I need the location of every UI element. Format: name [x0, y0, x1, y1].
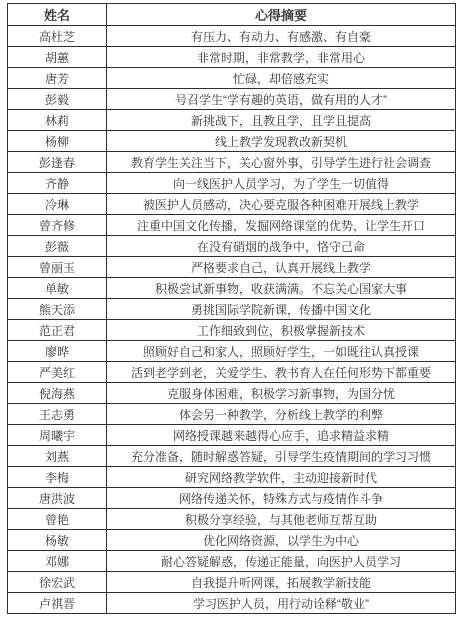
teacher-name: 彭逢春: [8, 152, 107, 173]
summary-column-header: 心得摘要: [107, 4, 456, 26]
table-row: 廖晔 照顾好自己和家人，照顾好学生，一如既往认真授课: [8, 341, 456, 362]
summary-text: 被医护人员感动，决心要克服各种困难开展线上教学: [107, 194, 456, 215]
teacher-name: 胡蕙: [8, 47, 107, 68]
teacher-name: 林莉: [8, 110, 107, 131]
teacher-name: 范正君: [8, 320, 107, 341]
summary-text: 忙碌，却倍感充实: [107, 68, 456, 89]
reflection-summary-table: 姓名 心得摘要 高杜芝 有压力、有动力、有感激、有自豪 胡蕙 非常时期，非常教学…: [7, 3, 456, 614]
table-row: 曾丽玉 严格要求自己，认真开展线上教学: [8, 257, 456, 278]
table-row: 曾齐修 注重中国文化传播，发掘网络课堂的优势，让学生开口: [8, 215, 456, 236]
summary-text: 线上教学发现教改新契机: [107, 131, 456, 152]
summary-text: 严格要求自己，认真开展线上教学: [107, 257, 456, 278]
summary-text: 耐心答疑解惑，传递正能量，向医护人员学习: [107, 551, 456, 572]
teacher-name: 曾丽玉: [8, 257, 107, 278]
summary-text: 照顾好自己和家人，照顾好学生，一如既往认真授课: [107, 341, 456, 362]
summary-text: 克服身体困难，积极学习新事物，为国分忧: [107, 383, 456, 404]
table-row: 胡蕙 非常时期，非常教学，非常用心: [8, 47, 456, 68]
teacher-name: 彭薇: [8, 236, 107, 257]
teacher-name: 高杜芝: [8, 26, 107, 47]
teacher-name: 单敏: [8, 278, 107, 299]
table-row: 卢祺晋 学习医护人员，用行动诠释“敬业”: [8, 593, 456, 614]
teacher-name: 王志勇: [8, 404, 107, 425]
summary-text: 网络授课越来越得心应手，追求精益求精: [107, 425, 456, 446]
teacher-name: 冷琳: [8, 194, 107, 215]
summary-text: 网络传递关怀，特殊方式与疫情作斗争: [107, 488, 456, 509]
table-row: 邓娜 耐心答疑解惑，传递正能量，向医护人员学习: [8, 551, 456, 572]
summary-text: 有压力、有动力、有感激、有自豪: [107, 26, 456, 47]
teacher-name: 彭毅: [8, 89, 107, 110]
summary-text: 教育学生关注当下，关心窗外事，引导学生进行社会调查: [107, 152, 456, 173]
table-row: 刘燕 充分准备，随时解惑答疑，引导学生疫情期间的学习习惯: [8, 446, 456, 467]
summary-text: 在没有硝烟的战争中，恪守己命: [107, 236, 456, 257]
table-row: 倪海燕 克服身体困难，积极学习新事物，为国分忧: [8, 383, 456, 404]
summary-text: 注重中国文化传播，发掘网络课堂的优势，让学生开口: [107, 215, 456, 236]
teacher-name: 唐芳: [8, 68, 107, 89]
summary-text: 工作细致到位，积极掌握新技术: [107, 320, 456, 341]
table-row: 彭毅 号召学生“学有趣的英语，做有用的人才”: [8, 89, 456, 110]
table-row: 周曦宇 网络授课越来越得心应手，追求精益求精: [8, 425, 456, 446]
summary-text: 自我提升听网课，拓展教学新技能: [107, 572, 456, 593]
page: 姓名 心得摘要 高杜芝 有压力、有动力、有感激、有自豪 胡蕙 非常时期，非常教学…: [0, 0, 460, 639]
summary-text: 积极尝试新事物，收获满满。不忘关心国家大事: [107, 278, 456, 299]
table-row: 唐洪波 网络传递关怀，特殊方式与疫情作斗争: [8, 488, 456, 509]
table-row: 严美红 活到老学到老，关爱学生、教书育人在任何形势下都重要: [8, 362, 456, 383]
teacher-name: 熊天添: [8, 299, 107, 320]
table-row: 杨柳 线上教学发现教改新契机: [8, 131, 456, 152]
table-row: 冷琳 被医护人员感动，决心要克服各种困难开展线上教学: [8, 194, 456, 215]
summary-text: 优化网络资源，以学生为中心: [107, 530, 456, 551]
summary-text: 研究网络教学软件，主动迎接新时代: [107, 467, 456, 488]
table-row: 彭薇 在没有硝烟的战争中，恪守己命: [8, 236, 456, 257]
table-row: 王志勇 体会另一种教学，分析线上教学的利弊: [8, 404, 456, 425]
teacher-name: 徐宏武: [8, 572, 107, 593]
table-row: 李梅 研究网络教学软件，主动迎接新时代: [8, 467, 456, 488]
summary-text: 活到老学到老，关爱学生、教书育人在任何形势下都重要: [107, 362, 456, 383]
teacher-name: 刘燕: [8, 446, 107, 467]
table-row: 范正君 工作细致到位，积极掌握新技术: [8, 320, 456, 341]
summary-text: 积极分享经验，与其他老师互帮互助: [107, 509, 456, 530]
table-row: 齐静 向一线医护人员学习，为了学生一切值得: [8, 173, 456, 194]
teacher-name: 曾齐修: [8, 215, 107, 236]
table-row: 高杜芝 有压力、有动力、有感激、有自豪: [8, 26, 456, 47]
table-row: 林莉 新挑战下，且教且学，且学且提高: [8, 110, 456, 131]
teacher-name: 周曦宇: [8, 425, 107, 446]
teacher-name: 倪海燕: [8, 383, 107, 404]
teacher-name: 唐洪波: [8, 488, 107, 509]
teacher-name: 严美红: [8, 362, 107, 383]
teacher-name: 李梅: [8, 467, 107, 488]
teacher-name: 曾艳: [8, 509, 107, 530]
header-row: 姓名 心得摘要: [8, 4, 456, 26]
summary-text: 新挑战下，且教且学，且学且提高: [107, 110, 456, 131]
name-column-header: 姓名: [8, 4, 107, 26]
table-body: 高杜芝 有压力、有动力、有感激、有自豪 胡蕙 非常时期，非常教学，非常用心 唐芳…: [8, 26, 456, 614]
table-row: 单敏 积极尝试新事物，收获满满。不忘关心国家大事: [8, 278, 456, 299]
teacher-name: 廖晔: [8, 341, 107, 362]
summary-text: 学习医护人员，用行动诠释“敬业”: [107, 593, 456, 614]
table-row: 曾艳 积极分享经验，与其他老师互帮互助: [8, 509, 456, 530]
teacher-name: 齐静: [8, 173, 107, 194]
teacher-name: 杨柳: [8, 131, 107, 152]
table-row: 杨敏 优化网络资源，以学生为中心: [8, 530, 456, 551]
table-row: 唐芳 忙碌，却倍感充实: [8, 68, 456, 89]
table-row: 徐宏武 自我提升听网课，拓展教学新技能: [8, 572, 456, 593]
table-row: 熊天添 勇挑国际学院新课，传播中国文化: [8, 299, 456, 320]
summary-text: 号召学生“学有趣的英语，做有用的人才”: [107, 89, 456, 110]
summary-text: 向一线医护人员学习，为了学生一切值得: [107, 173, 456, 194]
summary-text: 充分准备，随时解惑答疑，引导学生疫情期间的学习习惯: [107, 446, 456, 467]
summary-text: 勇挑国际学院新课，传播中国文化: [107, 299, 456, 320]
teacher-name: 杨敏: [8, 530, 107, 551]
summary-text: 非常时期，非常教学，非常用心: [107, 47, 456, 68]
table-row: 彭逢春 教育学生关注当下，关心窗外事，引导学生进行社会调查: [8, 152, 456, 173]
teacher-name: 邓娜: [8, 551, 107, 572]
teacher-name: 卢祺晋: [8, 593, 107, 614]
summary-text: 体会另一种教学，分析线上教学的利弊: [107, 404, 456, 425]
